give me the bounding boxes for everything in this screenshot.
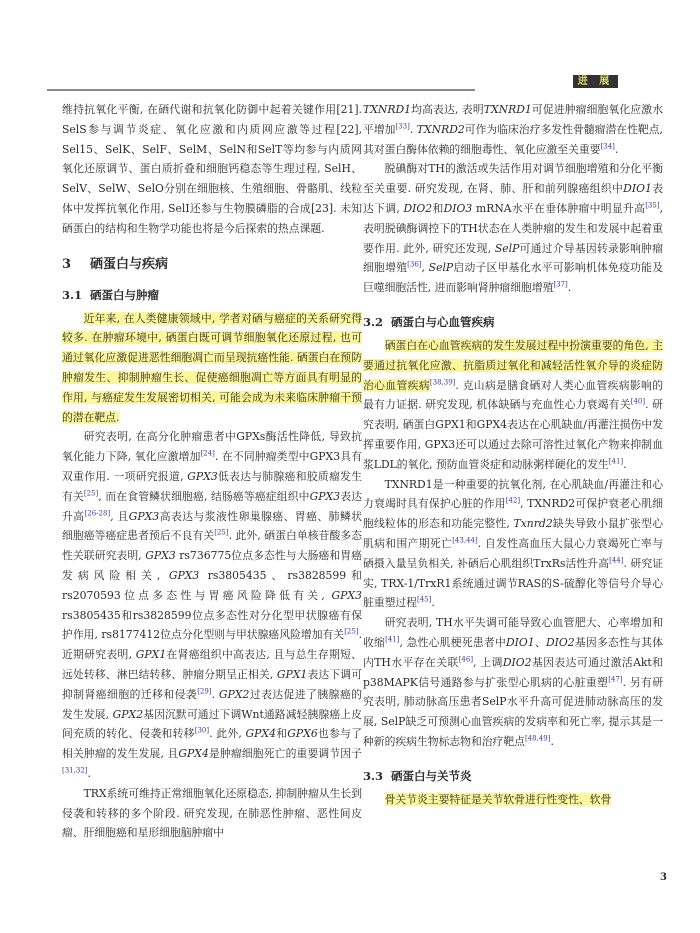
gene-name: GPX2 bbox=[219, 688, 249, 701]
gene-name: GPX4 bbox=[178, 747, 208, 760]
paragraph-th-heart: 研究表明, TH水平失调可能导致心血管肥大、心率增加和收缩[41], 急性心肌梗… bbox=[363, 613, 663, 752]
text: , 上调 bbox=[473, 656, 503, 669]
citation[interactable]: [25] bbox=[84, 489, 98, 497]
section-title: 硒蛋白与疾病 bbox=[90, 257, 168, 272]
section-number: 3.2 bbox=[363, 312, 391, 332]
gene-name: DIO2 bbox=[503, 656, 532, 669]
text: . bbox=[550, 735, 553, 748]
section-3-1-heading: 3.1硒蛋白与肿瘤 bbox=[62, 285, 362, 305]
text: . bbox=[410, 123, 417, 136]
citation[interactable]: [44] bbox=[609, 556, 623, 564]
citation[interactable]: [30] bbox=[195, 727, 209, 735]
highlighted-text: 近年来, 在人类健康领域中, 学者对硒与癌症的关系研究得较多. 在肿瘤环境中, … bbox=[62, 312, 362, 424]
paragraph-text: 维持抗氧化平衡, 在硒代谢和抗氧化防御中起着关键作用[21]. SelS参与调节… bbox=[62, 103, 362, 235]
gene-name: DIO2 bbox=[546, 636, 575, 649]
text: 、 bbox=[535, 636, 546, 649]
gene-name: DIO1 bbox=[623, 182, 652, 195]
citation[interactable]: [25] bbox=[344, 628, 358, 636]
citation[interactable]: [40] bbox=[631, 398, 645, 406]
highlighted-text: 骨关节炎主要特征是关节软骨进行性变性、软骨 bbox=[385, 793, 612, 806]
text: rs3805435和rs3828599位点多态性对分化型甲状腺癌有保护作用, r… bbox=[62, 609, 362, 642]
text: . bbox=[623, 458, 626, 471]
left-column: 维持抗氧化平衡, 在硒代谢和抗氧化防御中起着关键作用[21]. SelS参与调节… bbox=[62, 100, 362, 843]
gene-name: GPX3 bbox=[332, 589, 362, 602]
gene-name: GPX3 bbox=[129, 510, 159, 523]
paragraph-trx: TRX系统可维持正常细胞氧化还原稳态, 抑制肿瘤从生长到侵袭和转移的多个阶段. … bbox=[62, 784, 362, 843]
text: , 而在食管鳞状细胞癌, 结肠癌等癌症组织中 bbox=[98, 490, 309, 503]
citation[interactable]: [35] bbox=[645, 201, 659, 209]
page-number: 3 bbox=[660, 872, 667, 883]
citation[interactable]: [37] bbox=[553, 281, 567, 289]
gene-name: SelP bbox=[495, 242, 520, 255]
paragraph-deiodinase: 脱碘酶对TH的激活或失活作用对调节细胞增殖和分化平衡至关重要. 研究发现, 在肾… bbox=[363, 159, 663, 298]
text: , 急性心肌梗死患者中 bbox=[399, 636, 506, 649]
text: . bbox=[431, 596, 434, 609]
citation[interactable]: [46] bbox=[459, 655, 473, 663]
gene-name: GPX6 bbox=[287, 727, 317, 740]
citation[interactable]: [42] bbox=[506, 497, 520, 505]
gene-name: GPX3 bbox=[169, 569, 199, 582]
text: 脱碘酶对TH的激活或失活作用对调节细胞增殖和分化平衡至关重要. 研究发现, 在肾… bbox=[363, 162, 663, 195]
text: . bbox=[615, 143, 618, 156]
citation[interactable]: [43,44] bbox=[452, 536, 478, 544]
gene-name: DIO3 bbox=[444, 202, 473, 215]
citation[interactable]: [29] bbox=[197, 687, 211, 695]
gene-name: TXNRD1 bbox=[363, 103, 411, 116]
citation[interactable]: [45] bbox=[417, 596, 431, 604]
gene-name: DIO1 bbox=[506, 636, 535, 649]
text: 和 bbox=[432, 202, 443, 215]
section-3-2-heading: 3.2硒蛋白与心血管疾病 bbox=[363, 312, 663, 332]
section-title: 硒蛋白与心血管疾病 bbox=[391, 315, 495, 329]
citation[interactable]: [26-28] bbox=[85, 509, 111, 517]
text: , bbox=[422, 261, 429, 274]
citation[interactable]: [25] bbox=[214, 529, 228, 537]
text: . bbox=[88, 767, 91, 780]
gene-name: GPX1 bbox=[136, 648, 166, 661]
paragraph-text: TRX系统可维持正常细胞氧化还原稳态, 抑制肿瘤从生长到侵袭和转移的多个阶段. … bbox=[62, 787, 362, 840]
section-badge: 进 展 bbox=[573, 75, 618, 88]
text: 和 bbox=[276, 727, 287, 740]
gene-name: TXNRD2 bbox=[417, 123, 465, 136]
citation[interactable]: [34] bbox=[601, 142, 615, 150]
gene-name: SelP bbox=[429, 261, 454, 274]
text: mRNA水平在垂体肿瘤中明显升高 bbox=[472, 202, 645, 215]
gene-name: Txnrd2 bbox=[514, 517, 553, 530]
citation[interactable]: [41] bbox=[609, 457, 623, 465]
citation[interactable]: [33] bbox=[395, 122, 409, 130]
gene-name: GPX3 bbox=[145, 549, 175, 562]
section-number: 3.3 bbox=[363, 766, 391, 786]
section-3-3-heading: 3.3硒蛋白与关节炎 bbox=[363, 766, 663, 786]
gene-name: TXNRD1 bbox=[484, 103, 532, 116]
citation[interactable]: [48,49] bbox=[525, 734, 551, 742]
citation[interactable]: [41] bbox=[385, 635, 399, 643]
text: . bbox=[212, 688, 219, 701]
gene-name: GPX2 bbox=[113, 708, 143, 721]
citation[interactable]: [31,32] bbox=[62, 766, 88, 774]
text: 是肿瘤细胞死亡的重要调节因子 bbox=[209, 747, 362, 760]
citation[interactable]: [24] bbox=[201, 450, 215, 458]
paragraph-gpx: 研究表明, 在高分化肿瘤患者中GPXs酶活性降低, 导致抗氧化能力下降, 氧化应… bbox=[62, 427, 362, 783]
gene-name: GPX3 bbox=[187, 470, 217, 483]
citation[interactable]: [36] bbox=[407, 261, 421, 269]
section-title: 硒蛋白与肿瘤 bbox=[90, 288, 159, 302]
right-column: TXNRD1均高表达, 表明TXNRD1可促进肿瘤细胞氧化应激水平增加[33].… bbox=[363, 100, 663, 810]
gene-name: DIO2 bbox=[404, 202, 433, 215]
citation[interactable]: [38,39] bbox=[430, 378, 456, 386]
section-number: 3.1 bbox=[62, 285, 90, 305]
gene-name: GPX1 bbox=[277, 668, 307, 681]
gene-name: GPX4 bbox=[246, 727, 276, 740]
paragraph-selenoprotein-functions: 维持抗氧化平衡, 在硒代谢和抗氧化防御中起着关键作用[21]. SelS参与调节… bbox=[62, 100, 362, 239]
paragraph-txnrd-continued: TXNRD1均高表达, 表明TXNRD1可促进肿瘤细胞氧化应激水平增加[33].… bbox=[363, 100, 663, 159]
section-title: 硒蛋白与关节炎 bbox=[391, 769, 472, 783]
paragraph-cardiovascular: 硒蛋白在心血管疾病的发生发展过程中扮演重要的角色, 主要通过抗氧化应激、抗脂质过… bbox=[363, 336, 663, 475]
citation[interactable]: [47] bbox=[608, 675, 622, 683]
text: . bbox=[568, 281, 571, 294]
header-rule bbox=[47, 89, 475, 91]
text: , 且 bbox=[110, 510, 129, 523]
text: . 此外, bbox=[209, 727, 245, 740]
text: 均高表达, 表明 bbox=[411, 103, 484, 116]
paragraph-osteoarthritis: 骨关节炎主要特征是关节软骨进行性变性、软骨 bbox=[363, 790, 663, 810]
section-3-heading: 3硒蛋白与疾病 bbox=[62, 255, 362, 275]
paragraph-txnrd1-heart: TXNRD1是一种重要的抗氧化剂, 在心肌缺血/再灌注和心力衰竭时具有保护心脏的… bbox=[363, 475, 663, 614]
gene-name: GPX3 bbox=[310, 490, 340, 503]
section-number: 3 bbox=[62, 255, 90, 275]
highlighted-paragraph-tumor: 近年来, 在人类健康领域中, 学者对硒与癌症的关系研究得较多. 在肿瘤环境中, … bbox=[62, 309, 362, 428]
